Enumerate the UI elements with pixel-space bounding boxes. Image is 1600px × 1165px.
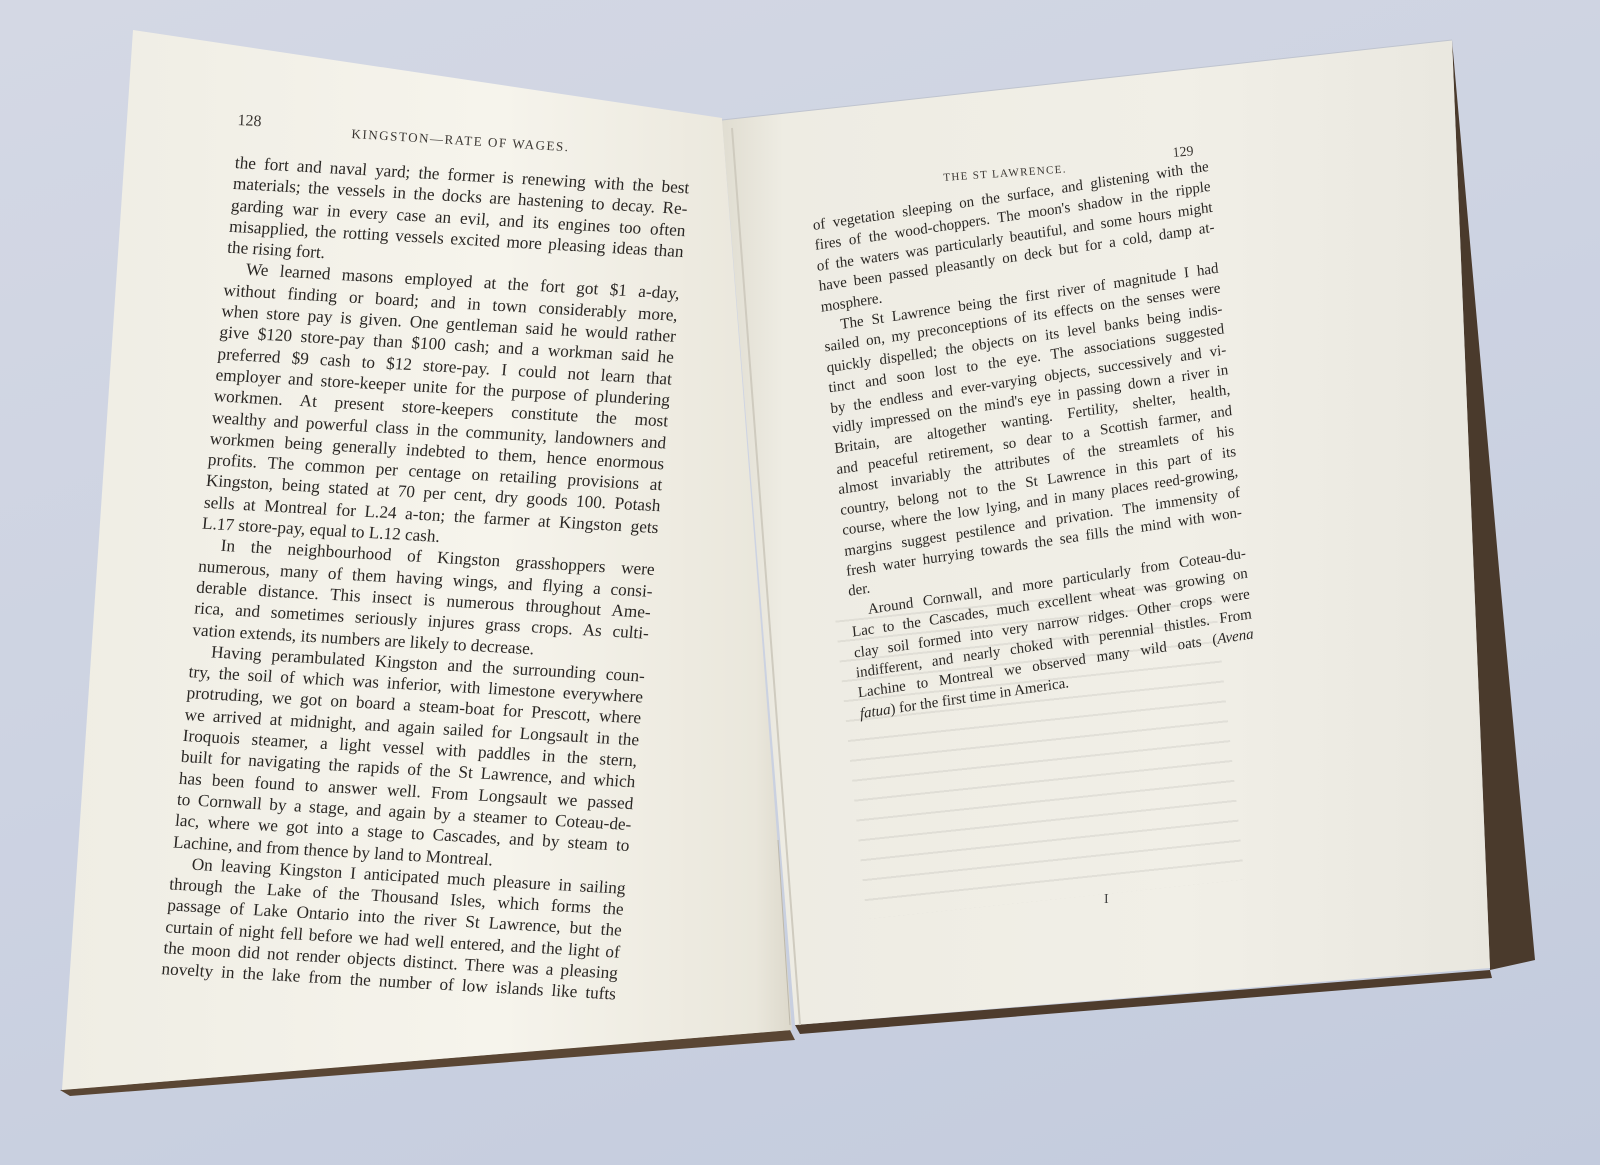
left-page-number: 128 (237, 112, 262, 131)
right-page-text: of vegetation sleeping on the surface, a… (812, 157, 1257, 725)
open-book-photo: 128 KINGSTON—RATE OF WAGES. the fort and… (0, 0, 1600, 1165)
signature-mark: I (1104, 892, 1109, 908)
left-page-text: the fort and naval yard; the former is r… (161, 152, 691, 1005)
